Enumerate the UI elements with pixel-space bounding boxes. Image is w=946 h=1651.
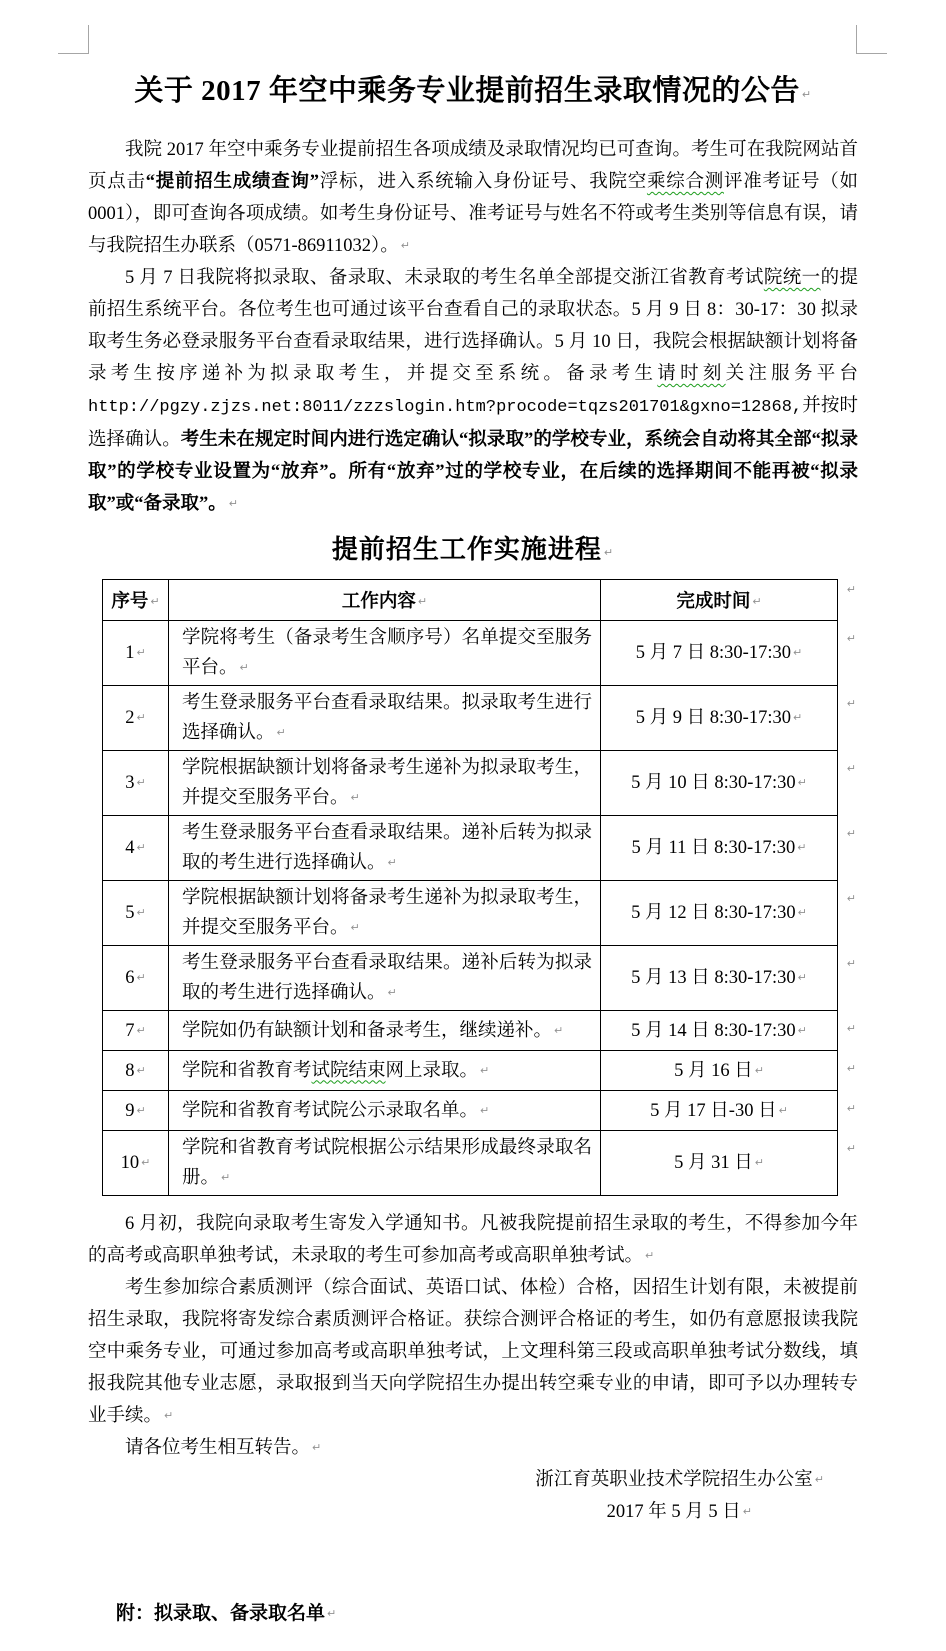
col-header-no-text: 序号 — [111, 592, 148, 612]
text-segment: 学院和省教育考试院根据公示结果形成最终录取名册。 — [182, 1138, 592, 1188]
table-row: 7↵ 学院如仍有缺额计划和备录考生，继续递补。↵ 5 月 14 日 8:30-1… — [103, 1011, 838, 1051]
cell-task: 考生登录服务平台查看录取结果。递补后转为拟录取的考生进行选择确认。↵ — [169, 816, 601, 881]
cell-task: 学院将考生（备录考生含顺序号）名单提交至服务平台。↵ — [169, 621, 601, 686]
row-end-mark: ↵ — [847, 884, 856, 914]
signature: 浙江育英职业技术学院招生办公室↵ — [88, 1464, 858, 1496]
url-text: http://pgzy.zjzs.net:8011/zzzslogin.htm?… — [88, 398, 802, 417]
text-segment: 6 月初，我院向录取考生寄发入学通知书。凡被我院提前招生录取的考生，不得参加今年… — [88, 1214, 858, 1266]
cell-time: 5 月 7 日 8:30-17:30↵↵ — [601, 621, 838, 686]
paragraph-mark: ↵ — [743, 1496, 752, 1528]
completion-time: 5 月 9 日 8:30-17:30 — [636, 708, 791, 728]
cell-mark: ↵ — [755, 1056, 764, 1086]
completion-time: 5 月 12 日 8:30-17:30 — [631, 903, 795, 923]
document-content: 关于 2017 年空中乘务专业提前招生录取情况的公告↵ 我院 2017 年空中乘… — [0, 0, 946, 1630]
cell-mark: ↵ — [793, 638, 802, 668]
paragraph-mark: ↵ — [554, 1016, 563, 1046]
page-title: 关于 2017 年空中乘务专业提前招生录取情况的公告↵ — [88, 74, 858, 112]
cell-time: 5 月 17 日-30 日↵↵ — [601, 1091, 838, 1131]
text-segment: 学院根据缺额计划将备录考生递补为拟录取考生，并提交至服务平台。 — [182, 758, 592, 808]
paragraph-mark: ↵ — [240, 653, 249, 683]
text-segment: 请各位考生相互转告。 — [125, 1438, 310, 1458]
table-header-row: 序号↵ 工作内容↵ 完成时间↵↵ — [103, 580, 838, 621]
col-header-task-text: 工作内容 — [342, 592, 416, 612]
paragraph: 请各位考生相互转告。↵ — [88, 1432, 858, 1464]
paragraph-mark: ↵ — [221, 1163, 230, 1193]
text-segment: 5 月 7 日我院将拟录取、备录取、未录取的考生名单全部提交浙江省教育考试 — [125, 268, 764, 288]
text-segment: 学院如仍有缺额计划和备录考生，继续递补。 — [182, 1021, 552, 1041]
closing-paragraphs: 6 月初，我院向录取考生寄发入学通知书。凡被我院提前招生录取的考生，不得参加今年… — [88, 1208, 858, 1464]
signature-date: 2017 年 5 月 5 日↵ — [88, 1496, 858, 1528]
row-number: 1 — [125, 643, 134, 663]
completion-time: 5 月 17 日-30 日 — [650, 1101, 776, 1121]
cell-mark: ↵ — [137, 1056, 146, 1086]
text-segment: 院统一 — [764, 268, 821, 288]
signature-date-text: 2017 年 5 月 5 日 — [607, 1502, 741, 1522]
page-title-text: 关于 2017 年空中乘务专业提前招生录取情况的公告 — [134, 75, 800, 107]
cell-task: 学院根据缺额计划将备录考生递补为拟录取考生，并提交至服务平台。↵ — [169, 881, 601, 946]
cell-mark: ↵ — [137, 638, 146, 668]
cell-time: 5 月 9 日 8:30-17:30↵↵ — [601, 686, 838, 751]
cell-no: 7↵ — [103, 1011, 169, 1051]
completion-time: 5 月 10 日 8:30-17:30 — [631, 773, 795, 793]
cell-task: 学院如仍有缺额计划和备录考生，继续递补。↵ — [169, 1011, 601, 1051]
col-header-no: 序号↵ — [103, 580, 169, 621]
cell-mark: ↵ — [798, 768, 807, 798]
table-row: 4↵ 考生登录服务平台查看录取结果。递补后转为拟录取的考生进行选择确认。↵ 5 … — [103, 816, 838, 881]
cell-mark: ↵ — [137, 1096, 146, 1126]
margin-mark-top-right — [856, 25, 887, 54]
table-row: 6↵ 考生登录服务平台查看录取结果。递补后转为拟录取的考生进行选择确认。↵ 5 … — [103, 946, 838, 1011]
paragraph-mark: ↵ — [229, 488, 238, 520]
text-segment: 考生登录服务平台查看录取结果。拟录取考生进行选择确认。 — [182, 693, 592, 743]
cell-no: 10↵ — [103, 1131, 169, 1196]
row-end-mark: ↵ — [847, 1094, 856, 1124]
row-end-mark: ↵ — [847, 1054, 856, 1084]
table-row: 8↵ 学院和省教育考试院结束网上录取。↵ 5 月 16 日↵↵ — [103, 1051, 838, 1091]
cell-time: 5 月 31 日↵↵ — [601, 1131, 838, 1196]
attachment-note-text: 附：拟录取、备录取名单 — [116, 1603, 325, 1624]
row-number: 5 — [125, 903, 134, 923]
cell-task: 考生登录服务平台查看录取结果。拟录取考生进行选择确认。↵ — [169, 686, 601, 751]
text-segment: 考生未在规定时间内进行选定确认“拟录取”的学校专业，系统会自动将其全部“拟录取”… — [88, 430, 858, 514]
schedule-table: 序号↵ 工作内容↵ 完成时间↵↵ 1↵ 学院将考生（备录考生含顺序号）名单提交至… — [102, 579, 838, 1196]
row-end-mark: ↵ — [847, 583, 856, 596]
paragraph-mark: ↵ — [645, 1240, 654, 1272]
margin-mark-top-left — [58, 25, 89, 54]
cell-time: 5 月 11 日 8:30-17:30↵↵ — [601, 816, 838, 881]
cell-mark: ↵ — [797, 833, 806, 863]
cell-no: 9↵ — [103, 1091, 169, 1131]
row-number: 10 — [121, 1153, 140, 1173]
paragraph: 6 月初，我院向录取考生寄发入学通知书。凡被我院提前招生录取的考生，不得参加今年… — [88, 1208, 858, 1272]
cell-time: 5 月 16 日↵↵ — [601, 1051, 838, 1091]
row-end-mark: ↵ — [847, 754, 856, 784]
completion-time: 5 月 13 日 8:30-17:30 — [631, 968, 795, 988]
text-segment: 学院和省教育考 — [182, 1061, 312, 1081]
cell-mark: ↵ — [798, 963, 807, 993]
row-end-mark: ↵ — [847, 1134, 856, 1164]
paragraph-mark: ↵ — [277, 718, 286, 748]
paragraph-mark: ↵ — [480, 1056, 489, 1086]
paragraph-mark: ↵ — [312, 1432, 321, 1464]
col-header-time-text: 完成时间 — [676, 592, 750, 612]
row-number: 3 — [125, 773, 134, 793]
completion-time: 5 月 16 日 — [674, 1061, 753, 1081]
cell-mark: ↵ — [418, 595, 427, 608]
cell-task: 学院根据缺额计划将备录考生递补为拟录取考生，并提交至服务平台。↵ — [169, 751, 601, 816]
text-segment: 学院和省教育考试院公示录取名单。 — [182, 1101, 478, 1121]
cell-task: 考生登录服务平台查看录取结果。递补后转为拟录取的考生进行选择确认。↵ — [169, 946, 601, 1011]
row-end-mark: ↵ — [847, 819, 856, 849]
text-segment: 试院结束 — [312, 1061, 386, 1081]
cell-no: 4↵ — [103, 816, 169, 881]
col-header-time: 完成时间↵↵ — [601, 580, 838, 621]
cell-mark: ↵ — [798, 1016, 807, 1046]
text-segment: 请时刻 — [657, 364, 725, 384]
text-segment: 关注服务平台 — [726, 364, 858, 384]
cell-no: 3↵ — [103, 751, 169, 816]
cell-mark: ↵ — [755, 1148, 764, 1178]
row-number: 7 — [125, 1021, 134, 1041]
row-number: 2 — [125, 708, 134, 728]
col-header-task: 工作内容↵ — [169, 580, 601, 621]
row-end-mark: ↵ — [847, 624, 856, 654]
cell-mark: ↵ — [150, 595, 159, 608]
row-number: 4 — [125, 838, 134, 858]
row-end-mark: ↵ — [847, 689, 856, 719]
text-segment: 考生参加综合素质测评（综合面试、英语口试、体检）合格，因招生计划有限，未被提前招… — [88, 1278, 858, 1426]
paragraph-mark: ↵ — [815, 1464, 824, 1496]
cell-no: 6↵ — [103, 946, 169, 1011]
cell-time: 5 月 14 日 8:30-17:30↵↵ — [601, 1011, 838, 1051]
completion-time: 5 月 14 日 8:30-17:30 — [631, 1021, 795, 1041]
cell-mark: ↵ — [141, 1148, 150, 1178]
row-number: 6 — [125, 968, 134, 988]
cell-mark: ↵ — [779, 1096, 788, 1126]
cell-no: 1↵ — [103, 621, 169, 686]
text-segment: “提前招生成绩查询” — [146, 172, 319, 192]
cell-task: 学院和省教育考试院根据公示结果形成最终录取名册。↵ — [169, 1131, 601, 1196]
attachment-note: 附：拟录取、备录取名单↵ — [88, 1598, 858, 1630]
paragraph: 5 月 7 日我院将拟录取、备录取、未录取的考生名单全部提交浙江省教育考试院统一… — [88, 262, 858, 520]
table-row: 1↵ 学院将考生（备录考生含顺序号）名单提交至服务平台。↵ 5 月 7 日 8:… — [103, 621, 838, 686]
cell-time: 5 月 12 日 8:30-17:30↵↵ — [601, 881, 838, 946]
paragraph-mark: ↵ — [351, 913, 360, 943]
text-segment: 浮标，进入系统输入身份证号、我院空 — [319, 172, 647, 192]
table-row: 5↵ 学院根据缺额计划将备录考生递补为拟录取考生，并提交至服务平台。↵ 5 月 … — [103, 881, 838, 946]
cell-mark: ↵ — [137, 768, 146, 798]
completion-time: 5 月 31 日 — [674, 1153, 753, 1173]
intro-paragraphs: 我院 2017 年空中乘务专业提前招生各项成绩及录取情况均已可查询。考生可在我院… — [88, 134, 858, 520]
cell-mark: ↵ — [798, 898, 807, 928]
cell-task: 学院和省教育考试院结束网上录取。↵ — [169, 1051, 601, 1091]
row-end-mark: ↵ — [847, 1014, 856, 1044]
paragraph-mark: ↵ — [351, 783, 360, 813]
table-row: 9↵ 学院和省教育考试院公示录取名单。↵ 5 月 17 日-30 日↵↵ — [103, 1091, 838, 1131]
row-number: 8 — [125, 1061, 134, 1081]
cell-mark: ↵ — [137, 898, 146, 928]
cell-mark: ↵ — [793, 703, 802, 733]
paragraph-mark: ↵ — [164, 1400, 173, 1432]
table-row: 3↵ 学院根据缺额计划将备录考生递补为拟录取考生，并提交至服务平台。↵ 5 月 … — [103, 751, 838, 816]
cell-time: 5 月 13 日 8:30-17:30↵↵ — [601, 946, 838, 1011]
section-heading: 提前招生工作实施进程↵ — [88, 532, 858, 571]
cell-no: 8↵ — [103, 1051, 169, 1091]
paragraph-mark: ↵ — [401, 230, 410, 262]
completion-time: 5 月 7 日 8:30-17:30 — [636, 643, 791, 663]
paragraph: 我院 2017 年空中乘务专业提前招生各项成绩及录取情况均已可查询。考生可在我院… — [88, 134, 858, 262]
cell-no: 2↵ — [103, 686, 169, 751]
cell-mark: ↵ — [752, 595, 761, 608]
paragraph-mark: ↵ — [388, 848, 397, 878]
text-segment: 乘综合测 — [647, 172, 724, 192]
row-end-mark: ↵ — [847, 949, 856, 979]
paragraph: 考生参加综合素质测评（综合面试、英语口试、体检）合格，因招生计划有限，未被提前招… — [88, 1272, 858, 1432]
paragraph-mark: ↵ — [480, 1096, 489, 1126]
paragraph-mark: ↵ — [802, 78, 812, 112]
section-heading-text: 提前招生工作实施进程 — [332, 535, 602, 564]
cell-no: 5↵ — [103, 881, 169, 946]
row-number: 9 — [125, 1101, 134, 1121]
text-segment: 网上录取。 — [386, 1061, 479, 1081]
cell-mark: ↵ — [137, 703, 146, 733]
completion-time: 5 月 11 日 8:30-17:30 — [632, 838, 796, 858]
table-row: 2↵ 考生登录服务平台查看录取结果。拟录取考生进行选择确认。↵ 5 月 9 日 … — [103, 686, 838, 751]
cell-mark: ↵ — [137, 1016, 146, 1046]
table-row: 10↵ 学院和省教育考试院根据公示结果形成最终录取名册。↵ 5 月 31 日↵↵ — [103, 1131, 838, 1196]
paragraph-mark: ↵ — [604, 535, 614, 571]
cell-mark: ↵ — [137, 963, 146, 993]
document-page: 关于 2017 年空中乘务专业提前招生录取情况的公告↵ 我院 2017 年空中乘… — [0, 0, 946, 1651]
cell-mark: ↵ — [137, 833, 146, 863]
paragraph-mark: ↵ — [327, 1598, 336, 1630]
cell-time: 5 月 10 日 8:30-17:30↵↵ — [601, 751, 838, 816]
cell-task: 学院和省教育考试院公示录取名单。↵ — [169, 1091, 601, 1131]
paragraph-mark: ↵ — [388, 978, 397, 1008]
signature-text: 浙江育英职业技术学院招生办公室 — [535, 1470, 813, 1490]
text-segment: 学院根据缺额计划将备录考生递补为拟录取考生，并提交至服务平台。 — [182, 888, 592, 938]
